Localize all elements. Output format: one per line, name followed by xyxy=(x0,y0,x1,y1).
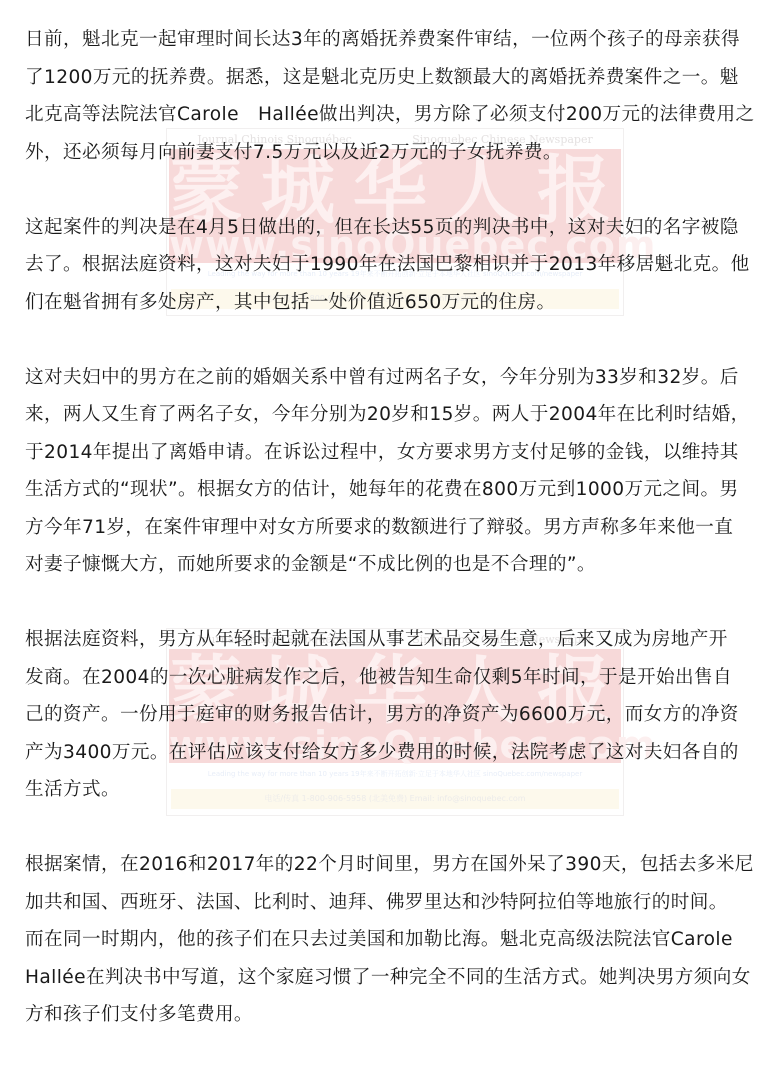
text-line: 北克高等法院法官Carole Hallée做出判决，男方除了必须支付200万元的… xyxy=(25,96,745,134)
text-line: 而在同一时期内，他的孩子们在只去过美国和加勒比海。魁北克高级法院法官Carole xyxy=(25,921,745,959)
paragraph-verdict: 日前，魁北克一起审理时间长达3年的离婚抚养费案件审结，一位两个孩子的母亲获得 了… xyxy=(25,21,745,171)
text-line: 了1200万元的抚养费。据悉，这是魁北克历史上数额最大的离婚抚养费案件之一。魁 xyxy=(25,59,745,97)
paragraph-assets: 根据法庭资料，男方从年轻时起就在法国从事艺术品交易生意，后来又成为房地产开 发商… xyxy=(25,621,745,809)
text-line: 来，两人又生育了两名子女，今年分别为20岁和15岁。两人于2004年在比利时结婚… xyxy=(25,396,745,434)
text-line: Hallée在判决书中写道，这个家庭习惯了一种完全不同的生活方式。她判决男方须向… xyxy=(25,959,745,997)
text-line: 日前，魁北克一起审理时间长达3年的离婚抚养费案件审结，一位两个孩子的母亲获得 xyxy=(25,21,745,59)
text-line: 产为3400万元。在评估应该支付给女方多少费用的时候，法院考虑了这对夫妇各自的 xyxy=(25,734,745,772)
text-line: 外，还必须每月向前妻支付7.5万元以及近2万元的子女抚养费。 xyxy=(25,134,745,172)
text-line: 于2014年提出了离婚申请。在诉讼过程中，女方要求男方支付足够的金钱，以维持其 xyxy=(25,434,745,472)
text-line: 生活方式的“现状”。根据女方的估计，她每年的花费在800万元到1000万元之间。… xyxy=(25,471,745,509)
paragraph-family: 这对夫妇中的男方在之前的婚姻关系中曾有过两名子女，今年分别为33岁和32岁。后 … xyxy=(25,359,745,584)
text-line: 对妻子慷慨大方，而她所要求的金额是“不成比例的也是不合理的”。 xyxy=(25,546,745,584)
text-line: 去了。根据法庭资料，这对夫妇于1990年在法国巴黎相识并于2013年移居魁北克。… xyxy=(25,246,745,284)
article-body: 日前，魁北克一起审理时间长达3年的离婚抚养费案件审结，一位两个孩子的母亲获得 了… xyxy=(25,21,745,1070)
text-line: 方和孩子们支付多笔费用。 xyxy=(25,996,745,1034)
text-line: 根据法庭资料，男方从年轻时起就在法国从事艺术品交易生意，后来又成为房地产开 xyxy=(25,621,745,659)
text-line: 这对夫妇中的男方在之前的婚姻关系中曾有过两名子女，今年分别为33岁和32岁。后 xyxy=(25,359,745,397)
text-line: 生活方式。 xyxy=(25,771,745,809)
text-line: 们在魁省拥有多处房产，其中包括一处价值近650万元的住房。 xyxy=(25,284,745,322)
text-line: 己的资产。一份用于庭审的财务报告估计，男方的净资产为6600万元，而女方的净资 xyxy=(25,696,745,734)
text-line: 方今年71岁，在案件审理中对女方所要求的数额进行了辩驳。男方声称多年来他一直 xyxy=(25,509,745,547)
text-line: 这起案件的判决是在4月5日做出的，但在长达55页的判决书中，这对夫妇的名字被隐 xyxy=(25,209,745,247)
text-line: 加共和国、西班牙、法国、比利时、迪拜、佛罗里达和沙特阿拉伯等地旅行的时间。 xyxy=(25,884,745,922)
paragraph-background: 这起案件的判决是在4月5日做出的，但在长达55页的判决书中，这对夫妇的名字被隐 … xyxy=(25,209,745,322)
text-line: 发商。在2004的一次心脏病发作之后，他被告知生命仅剩5年时间，于是开始出售自 xyxy=(25,659,745,697)
text-line: 根据案情，在2016和2017年的22个月时间里，男方在国外呆了390天，包括去… xyxy=(25,846,745,884)
paragraph-lifestyle: 根据案情，在2016和2017年的22个月时间里，男方在国外呆了390天，包括去… xyxy=(25,846,745,1034)
